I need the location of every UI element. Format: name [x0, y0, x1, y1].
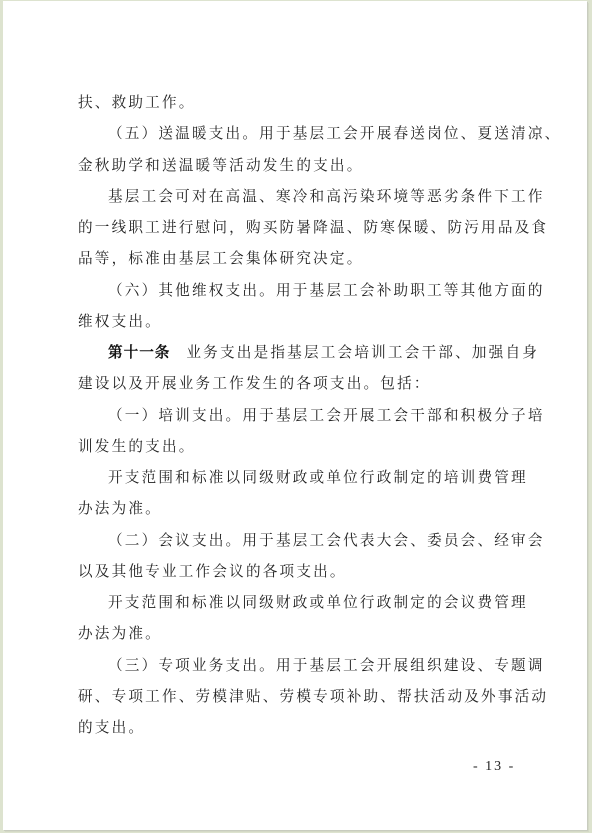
text-line: 建设以及开展业务工作发生的各项支出。包括： — [78, 368, 518, 399]
text-line: 训发生的支出。 — [78, 431, 518, 462]
text-line: 办法为准。 — [78, 493, 518, 524]
body-text: 扶、救助工作。 （五）送温暖支出。用于基层工会开展春送岗位、夏送清凉、 金秋助学… — [78, 87, 518, 743]
text-line: 的一线职工进行慰问，购买防暑降温、防寒保暖、防污用品及食 — [78, 212, 518, 243]
text-line: 金秋助学和送温暖等活动发生的支出。 — [78, 150, 518, 181]
article-text: 业务支出是指基层工会培训工会干部、加强自身 — [186, 344, 539, 361]
text-line: （五）送温暖支出。用于基层工会开展春送岗位、夏送清凉、 — [78, 118, 518, 149]
text-line: 的支出。 — [78, 712, 518, 743]
article-heading-line: 第十一条业务支出是指基层工会培训工会干部、加强自身 — [78, 337, 518, 368]
text-line: 以及其他专业工作会议的各项支出。 — [78, 556, 518, 587]
text-line: 开支范围和标准以同级财政或单位行政制定的培训费管理 — [78, 462, 518, 493]
document-page: 扶、救助工作。 （五）送温暖支出。用于基层工会开展春送岗位、夏送清凉、 金秋助学… — [3, 1, 587, 830]
text-line: （三）专项业务支出。用于基层工会开展组织建设、专题调 — [78, 650, 518, 681]
text-line: 开支范围和标准以同级财政或单位行政制定的会议费管理 — [78, 587, 518, 618]
text-line: 品等，标准由基层工会集体研究决定。 — [78, 243, 518, 274]
text-line: 维权支出。 — [78, 306, 518, 337]
text-line: 扶、救助工作。 — [78, 87, 518, 118]
text-line: 办法为准。 — [78, 618, 518, 649]
text-line: （二）会议支出。用于基层工会代表大会、委员会、经审会 — [78, 525, 518, 556]
text-line: （六）其他维权支出。用于基层工会补助职工等其他方面的 — [78, 275, 518, 306]
text-line: 基层工会可对在高温、寒冷和高污染环境等恶劣条件下工作 — [78, 181, 518, 212]
page-number: - 13 - — [473, 759, 515, 775]
text-line: 研、专项工作、劳模津贴、劳模专项补助、帮扶活动及外事活动 — [78, 681, 518, 712]
article-number: 第十一条 — [108, 344, 170, 361]
text-line: （一）培训支出。用于基层工会开展工会干部和积极分子培 — [78, 400, 518, 431]
